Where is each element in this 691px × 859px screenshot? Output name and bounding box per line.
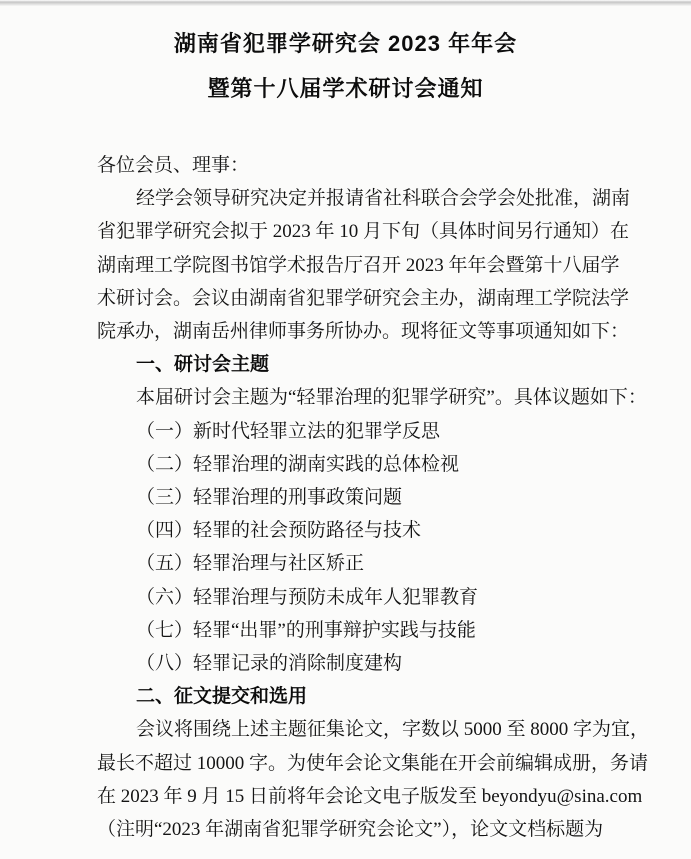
salutation-line: 各位会员、理事： bbox=[97, 149, 597, 182]
body-line: 经学会领导研究决定并报请省社科联合会学会处批准，湖南 bbox=[97, 182, 597, 215]
topic-item-6: （六）轻罪治理与预防未成年人犯罪教育 bbox=[97, 581, 597, 614]
body-line: 最长不超过 10000 字。为使年会论文集能在开会前编辑成册，务请 bbox=[97, 747, 597, 780]
document-body: 各位会员、理事： 经学会领导研究决定并报请省社科联合会学会处批准，湖南 省犯罪学… bbox=[97, 149, 597, 846]
section-heading-2: 二、征文提交和选用 bbox=[97, 680, 597, 713]
title-line-2: 暨第十八届学术研讨会通知 bbox=[0, 75, 691, 102]
topic-item-4: （四）轻罪的社会预防路径与技术 bbox=[97, 514, 597, 547]
topic-item-1: （一）新时代轻罪立法的犯罪学反思 bbox=[97, 415, 597, 448]
topic-item-2: （二）轻罪治理的湖南实践的总体检视 bbox=[97, 448, 597, 481]
document-title: 湖南省犯罪学研究会 2023 年年会 暨第十八届学术研讨会通知 bbox=[0, 0, 691, 102]
scan-top-edge bbox=[0, 0, 691, 6]
topic-item-7: （七）轻罪“出罪”的刑事辩护实践与技能 bbox=[97, 614, 597, 647]
document-page: 湖南省犯罪学研究会 2023 年年会 暨第十八届学术研讨会通知 各位会员、理事：… bbox=[0, 0, 691, 859]
body-line-email: 在 2023 年 9 月 15 日前将年会论文电子版发至 beyondyu@si… bbox=[97, 780, 597, 813]
body-line: 院承办，湖南岳州律师事务所协办。现将征文等事项通知如下： bbox=[97, 315, 597, 348]
body-line: 省犯罪学研究会拟于 2023 年 10 月下旬（具体时间另行通知）在 bbox=[97, 215, 597, 248]
body-line: 术研讨会。会议由湖南省犯罪学研究会主办，湖南理工学院法学 bbox=[97, 282, 597, 315]
topic-item-5: （五）轻罪治理与社区矫正 bbox=[97, 547, 597, 580]
section-heading-1: 一、研讨会主题 bbox=[97, 348, 597, 381]
topic-item-8: （八）轻罪记录的消除制度建构 bbox=[97, 647, 597, 680]
body-line: 湖南理工学院图书馆学术报告厅召开 2023 年年会暨第十八届学 bbox=[97, 249, 597, 282]
body-line: （注明“2023 年湖南省犯罪学研究会论文”），论文文档标题为 bbox=[97, 813, 597, 846]
topic-item-3: （三）轻罪治理的刑事政策问题 bbox=[97, 481, 597, 514]
body-line: 本届研讨会主题为“轻罪治理的犯罪学研究”。具体议题如下： bbox=[97, 381, 597, 414]
title-line-1: 湖南省犯罪学研究会 2023 年年会 bbox=[0, 30, 691, 57]
body-line: 会议将围绕上述主题征集论文，字数以 5000 至 8000 字为宜， bbox=[97, 713, 597, 746]
